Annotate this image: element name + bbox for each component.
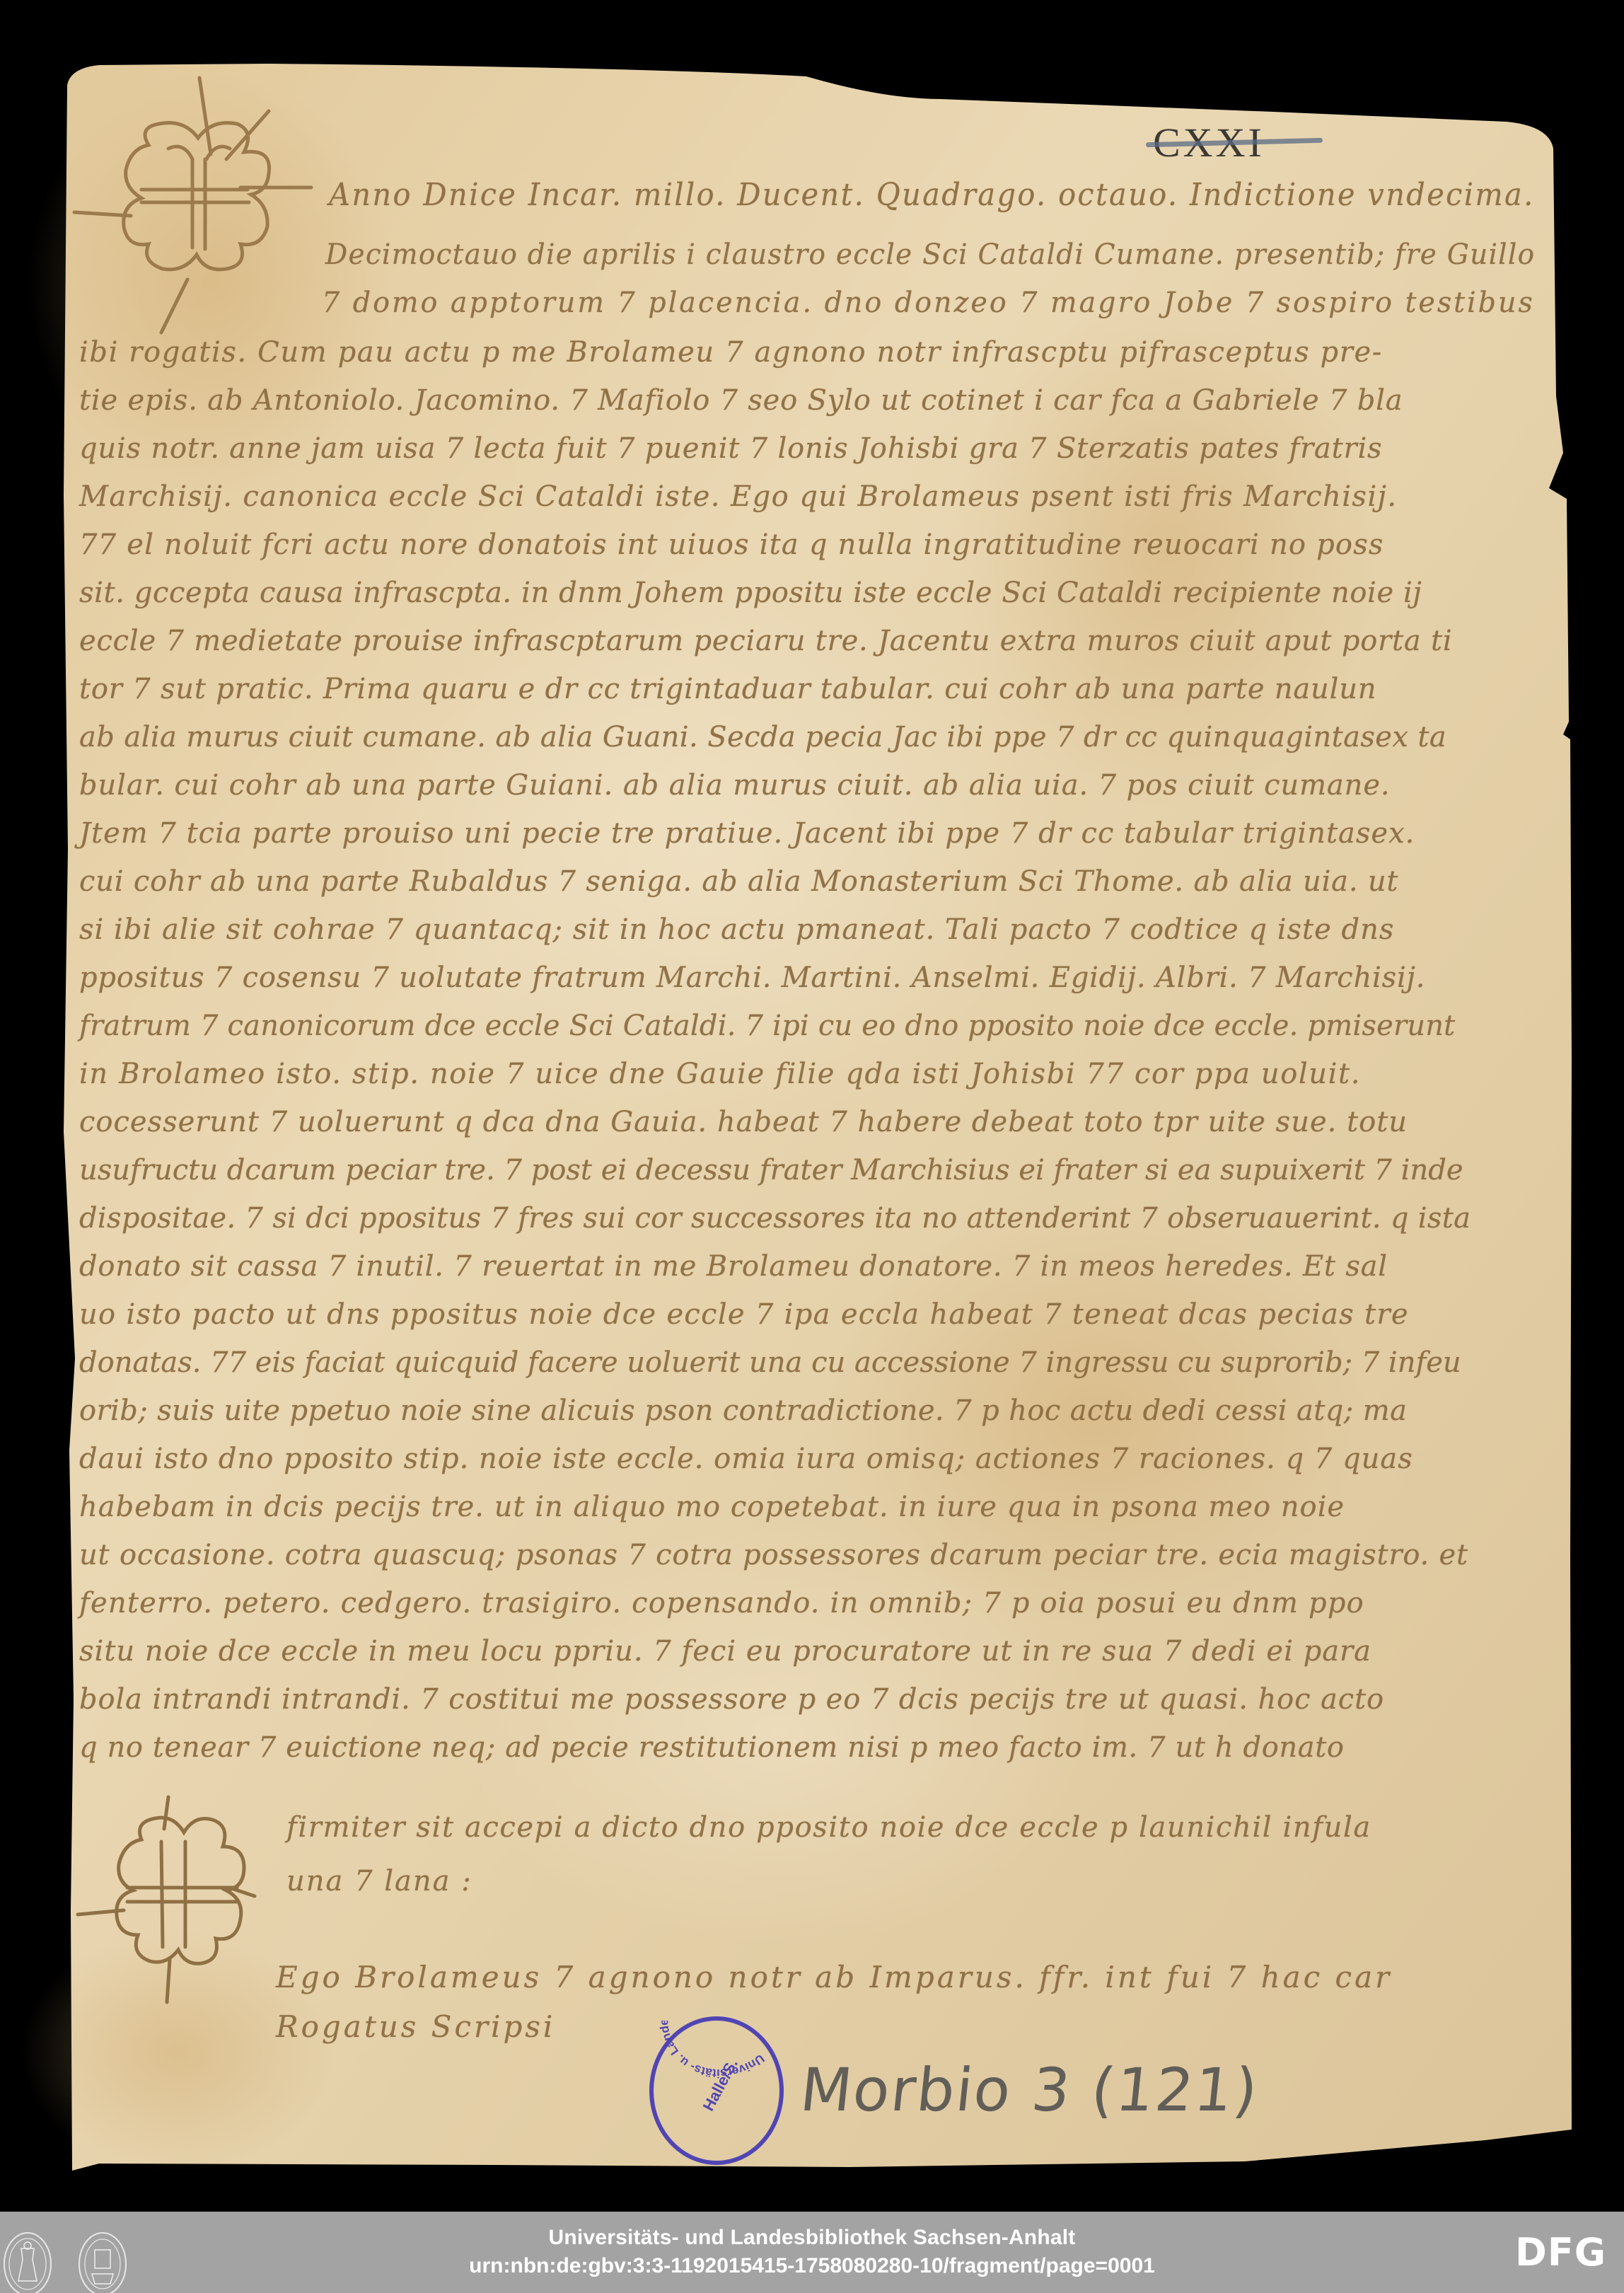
text-line: 7 domo apptorum 7 placencia. dno donzeo … [322, 287, 1535, 319]
subscription-line: Ego Brolameus 7 agnono notr ab Imparus. … [276, 1960, 1392, 1994]
text-line: fratrum 7 canonicorum dce eccle Sci Cata… [79, 1010, 1455, 1042]
text-line: uo isto pacto ut dns ppositus noie dce e… [79, 1298, 1409, 1331]
footer-bar: Universitäts- und Landesbibliothek Sachs… [0, 2212, 1624, 2293]
text-line: tor 7 sut pratic. Prima quaru e dr cc tr… [79, 673, 1376, 705]
text-line: sit. gccepta causa infrascpta. in dnm Jo… [79, 577, 1422, 609]
text-line: donato sit cassa 7 inutil. 7 reuertat in… [79, 1250, 1388, 1283]
text-line: cocesserunt 7 uoluerunt q dca dna Gauia.… [79, 1106, 1408, 1138]
text-line: daui isto dno pposito stip. noie iste ec… [79, 1443, 1413, 1475]
text-line: situ noie dce eccle in meu locu ppriu. 7… [79, 1635, 1371, 1668]
text-line: ab alia murus ciuit cumane. ab alia Guan… [79, 721, 1446, 753]
text-line: Decimoctauo die aprilis i claustro eccle… [325, 238, 1535, 271]
text-line: dispositae. 7 si dci ppositus 7 fres sui… [79, 1202, 1471, 1235]
subscription-line: Rogatus Scripsi [276, 2009, 555, 2044]
text-line: cui cohr ab una parte Rubaldus 7 seniga.… [79, 865, 1398, 898]
text-line: firmiter sit accepi a dicto dno pposito … [286, 1811, 1371, 1844]
text-line: ut occasione. cotra quascuq; psonas 7 co… [79, 1539, 1468, 1571]
dfg-logo: DFG [1515, 2230, 1606, 2275]
text-line: donatas. 77 eis faciat quicquid facere u… [79, 1346, 1461, 1379]
text-line: eccle 7 medietate prouise infrascptarum … [79, 625, 1453, 657]
text-line: una 7 lana : [286, 1865, 472, 1898]
text-line: Anno Dnice Incar. millo. Ducent. Quadrag… [329, 177, 1535, 213]
text-line: orib; suis uite ppetuo noie sine alicuis… [79, 1394, 1407, 1427]
text-line: quis notr. anne jam uisa 7 lecta fuit 7 … [79, 432, 1382, 465]
pencil-shelfmark-note: Morbio 3 (121) [797, 2055, 1262, 2125]
text-line: q no tenear 7 euictione neq; ad pecie re… [79, 1731, 1345, 1764]
urn-identifier[interactable]: urn:nbn:de:gbv:3:3-1192015415-1758080280… [0, 2254, 1624, 2278]
text-line: bola intrandi intrandi. 7 costitui me po… [79, 1683, 1384, 1716]
text-line: tie epis. ab Antoniolo. Jacomino. 7 Mafi… [79, 384, 1403, 417]
document-viewer: CXXI Anno Dnice Incar. millo. Ducent. Qu… [0, 0, 1624, 2212]
text-line: ibi rogatis. Cum pau actu p me Brolameu … [79, 336, 1383, 369]
institution-name: Universitäts- und Landesbibliothek Sachs… [0, 2226, 1624, 2250]
text-line: in Brolameo isto. stip. noie 7 uice dne … [79, 1058, 1361, 1090]
text-line: usufructu dcarum peciar tre. 7 post ei d… [79, 1154, 1463, 1186]
text-line: Marchisij. canonica eccle Sci Cataldi is… [79, 480, 1397, 513]
text-line: bular. cui cohr ab una parte Guiani. ab … [79, 769, 1391, 802]
library-stamp: Universitäts- u. Landesbibliothek Halle/… [649, 2016, 784, 2165]
text-line: 77 el noluit fcri actu nore donatois int… [79, 529, 1384, 561]
text-line: habebam in dcis pecijs tre. ut in aliquo… [79, 1491, 1345, 1523]
text-line: si ibi alie sit cohrae 7 quantacq; sit i… [79, 913, 1394, 946]
text-line: ppositus 7 cosensu 7 uolutate fratrum Ma… [79, 961, 1425, 994]
text-line: fenterro. petero. cedgero. trasigiro. co… [79, 1587, 1364, 1619]
text-line: Jtem 7 tcia parte prouiso uni pecie tre … [79, 817, 1415, 850]
